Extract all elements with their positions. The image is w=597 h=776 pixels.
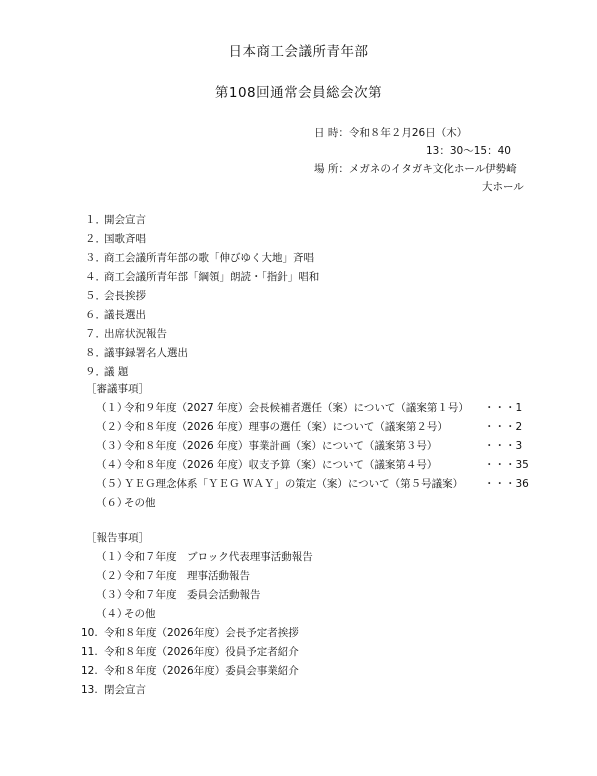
- place-label: 場 所：: [314, 163, 349, 175]
- page-ref: ・・・3: [484, 439, 522, 453]
- item-number: ３．: [85, 251, 106, 265]
- page-ref: ・・・2: [484, 420, 522, 434]
- item-text: 商工会議所青年部「綱領」朗読・「指針」唱和: [104, 270, 319, 284]
- time-value: 13：30〜15：40: [426, 143, 511, 158]
- date-label: 日 時：: [314, 127, 349, 139]
- item-number: 12.: [81, 664, 98, 678]
- item-number: （１）: [96, 401, 128, 415]
- item-number: ２．: [85, 232, 106, 246]
- item-text: 令和８年度（2026年度）委員会事業紹介: [104, 664, 299, 678]
- item-number: 13.: [81, 683, 98, 697]
- date-value: 令和８年２月26日（木）: [349, 127, 467, 139]
- place-value: メガネのイタガキ文化ホール伊勢崎: [349, 163, 517, 175]
- item-text: 会長挨拶: [104, 289, 146, 303]
- item-number: （５）: [96, 477, 128, 491]
- item-number: （３）: [96, 439, 128, 453]
- item-text: 議長選出: [104, 308, 146, 322]
- item-text: その他: [124, 496, 156, 510]
- meeting-title: 第108回通常会員総会次第: [0, 81, 597, 101]
- item-number: 11.: [81, 645, 98, 659]
- item-text: 令和８年度（2026 年度）収支予算（案）について（議案第４号）: [124, 458, 437, 472]
- item-text: 令和８年度（2026年度）会長予定者挨拶: [104, 626, 299, 640]
- section-heading: ［報告事項］: [86, 531, 149, 545]
- organization-title: 日本商工会議所青年部: [0, 40, 597, 60]
- item-text: 商工会議所青年部の歌「伸びゆく大地」斉唱: [104, 251, 314, 265]
- item-text: 令和８年度（2026年度）役員予定者紹介: [104, 645, 299, 659]
- place-line: 場 所：メガネのイタガキ文化ホール伊勢崎: [314, 161, 517, 176]
- item-text: 議 題: [104, 365, 128, 379]
- item-text: 令和７年度 委員会活動報告: [124, 588, 261, 602]
- item-text: ＹＥＧ理念体系「ＹＥＧ ＷＡＹ」の策定（案）について（第５号議案）: [124, 477, 463, 491]
- item-number: ６．: [85, 308, 106, 322]
- item-number: ９．: [85, 365, 106, 379]
- item-text: 開会宣言: [104, 213, 146, 227]
- item-text: 令和９年度（2027 年度）会長候補者選任（案）について（議案第１号）: [124, 401, 469, 415]
- item-number: （６）: [96, 496, 128, 510]
- page-ref: ・・・36: [484, 477, 529, 491]
- item-number: ７．: [85, 327, 106, 341]
- item-text: 令和７年度 理事活動報告: [124, 569, 250, 583]
- place-value-2: 大ホール: [482, 179, 524, 194]
- item-text: 議事録署名人選出: [104, 346, 188, 360]
- item-number: ４．: [85, 270, 106, 284]
- item-text: 出席状況報告: [104, 327, 167, 341]
- page-ref: ・・・1: [484, 401, 522, 415]
- date-line: 日 時：令和８年２月26日（木）: [314, 125, 467, 140]
- item-number: （３）: [96, 588, 128, 602]
- item-number: ８．: [85, 346, 106, 360]
- item-text: 令和８年度（2026 年度）事業計画（案）について（議案第３号）: [124, 439, 437, 453]
- item-number: （４）: [96, 607, 128, 621]
- item-text: 令和７年度 ブロック代表理事活動報告: [124, 550, 313, 564]
- item-text: その他: [124, 607, 156, 621]
- item-number: ５．: [85, 289, 106, 303]
- item-number: （２）: [96, 420, 128, 434]
- section-heading: ［審議事項］: [86, 382, 149, 396]
- item-number: （２）: [96, 569, 128, 583]
- item-number: １．: [85, 213, 106, 227]
- item-text: 令和８年度（2026 年度）理事の選任（案）について（議案第２号）: [124, 420, 448, 434]
- page-ref: ・・・35: [484, 458, 529, 472]
- item-text: 国歌斉唱: [104, 232, 146, 246]
- item-text: 閉会宣言: [104, 683, 146, 697]
- item-number: 10.: [81, 626, 98, 640]
- item-number: （４）: [96, 458, 128, 472]
- item-number: （１）: [96, 550, 128, 564]
